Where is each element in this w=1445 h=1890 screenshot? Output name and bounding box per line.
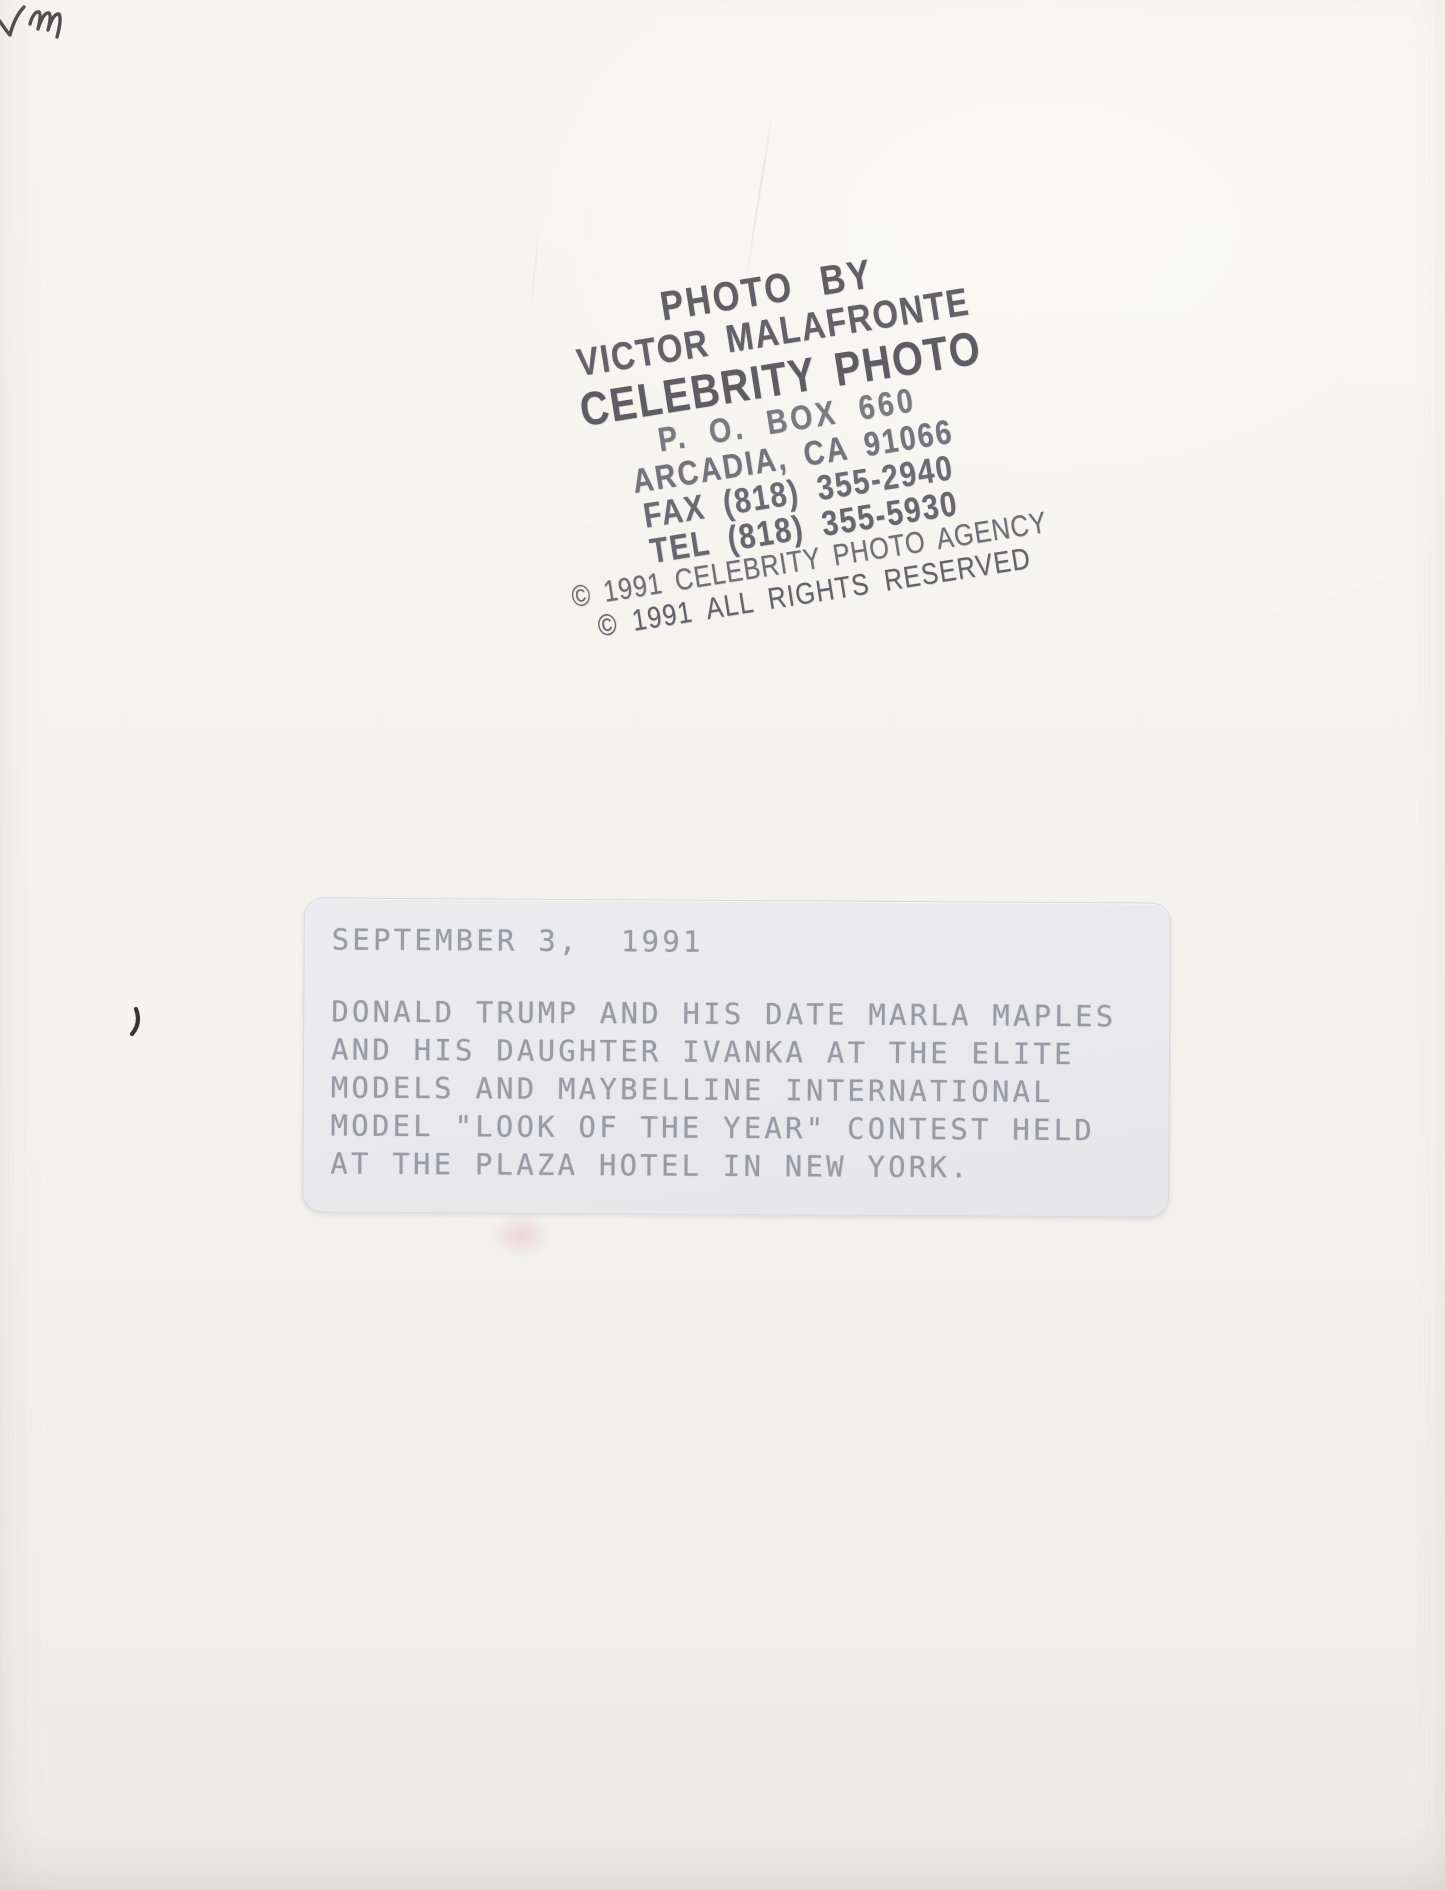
caption-line: AND HIS DAUGHTER IVANKA AT THE ELITE <box>331 1031 1169 1074</box>
crease-mark <box>530 226 541 311</box>
photo-back-scan: PHOTO BY VICTOR MALAFRONTE CELEBRITY PHO… <box>0 0 1445 1890</box>
ink-fleck-stroke <box>132 1009 138 1034</box>
handwritten-v-stroke <box>0 7 24 35</box>
caption-body: DONALD TRUMP AND HIS DATE MARLA MAPLES A… <box>330 993 1169 1188</box>
caption-line: AT THE PLAZA HOTEL IN NEW YORK. <box>330 1145 1168 1188</box>
crease-mark <box>745 113 774 281</box>
smudge-mark <box>482 1206 560 1264</box>
caption-sticker: SEPTEMBER 3, 1991 DONALD TRUMP AND HIS D… <box>302 897 1171 1217</box>
handwritten-initials <box>0 2 88 58</box>
ink-fleck-mark <box>128 1007 142 1037</box>
caption-date: SEPTEMBER 3, 1991 <box>332 920 1170 965</box>
caption-line: MODELS AND MAYBELLINE INTERNATIONAL <box>331 1069 1169 1112</box>
handwritten-m-stroke <box>30 12 60 37</box>
caption-line: MODEL "LOOK OF THE YEAR" CONTEST HELD <box>330 1107 1168 1150</box>
photographer-stamp: PHOTO BY VICTOR MALAFRONTE CELEBRITY PHO… <box>514 229 1066 649</box>
caption-line: DONALD TRUMP AND HIS DATE MARLA MAPLES <box>331 993 1169 1036</box>
